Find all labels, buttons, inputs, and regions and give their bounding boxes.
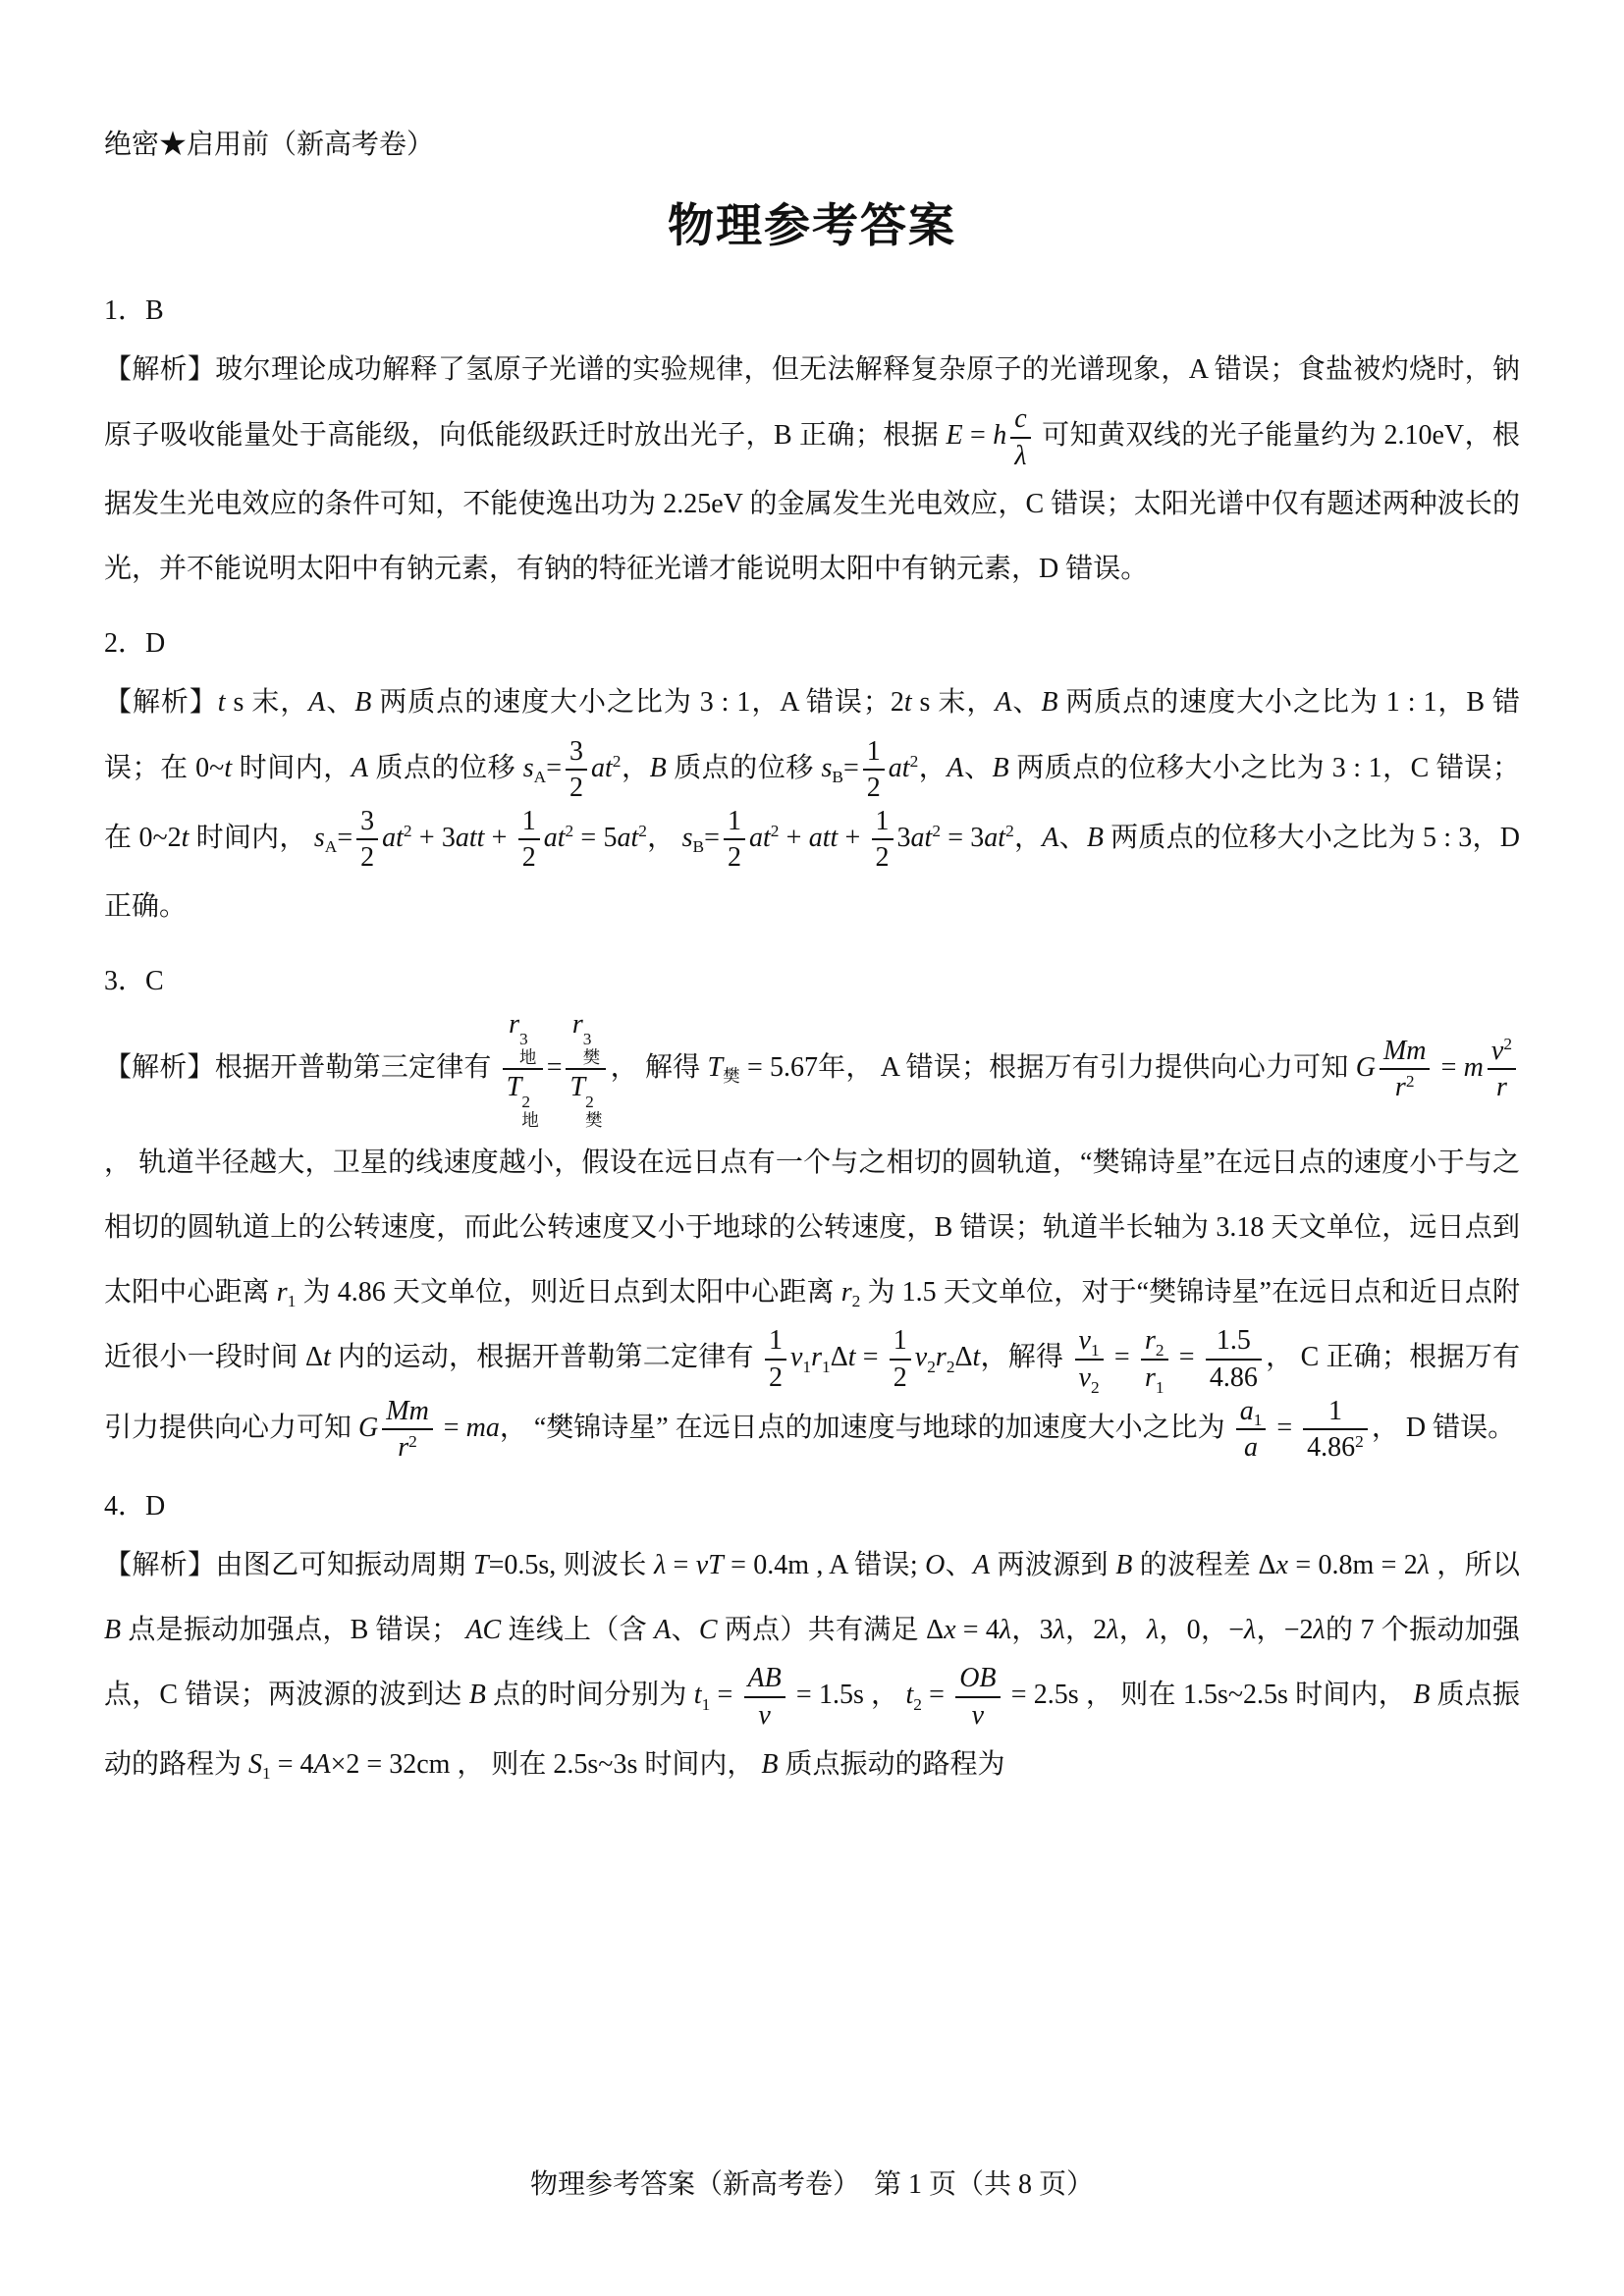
answer-item-2: 2．D 【解析】t s 末，A、B 两质点的速度大小之比为 3 : 1，A 错误… xyxy=(104,602,1520,939)
security-header: 绝密★启用前（新高考卷） xyxy=(104,126,1520,164)
exam-answer-page: 绝密★启用前（新高考卷） 物理参考答案 1．B 【解析】玻尔理论成功解释了氢原子… xyxy=(0,0,1624,2296)
answer-explanation-2: 【解析】t s 末，A、B 两质点的速度大小之比为 3 : 1，A 错误；2t … xyxy=(104,670,1520,939)
answer-number-3: 3．C xyxy=(104,959,1520,998)
answer-number-1: 1．B xyxy=(104,289,1520,328)
answer-item-4: 4．D 【解析】由图乙可知振动周期 T=0.5s, 则波长 λ = vT = 0… xyxy=(104,1465,1520,1797)
answer-number-4: 4．D xyxy=(104,1484,1520,1523)
page-title: 物理参考答案 xyxy=(104,189,1520,255)
answer-explanation-4: 【解析】由图乙可知振动周期 T=0.5s, 则波长 λ = vT = 0.4m … xyxy=(104,1533,1520,1797)
answer-number-2: 2．D xyxy=(104,621,1520,661)
answer-explanation-3: 【解析】根据开普勒第三定律有 r3地T2地=r3樊T2樊， 解得 T樊 = 5.… xyxy=(104,1008,1520,1465)
answer-item-1: 1．B 【解析】玻尔理论成功解释了氢原子光谱的实验规律，但无法解释复杂原子的光谱… xyxy=(104,269,1520,602)
page-footer: 物理参考答案（新高考卷） 第 1 页（共 8 页） xyxy=(104,2163,1520,2202)
answer-explanation-1: 【解析】玻尔理论成功解释了氢原子光谱的实验规律，但无法解释复杂原子的光谱现象，A… xyxy=(104,338,1520,602)
answer-item-3: 3．C 【解析】根据开普勒第三定律有 r3地T2地=r3樊T2樊， 解得 T樊 … xyxy=(104,939,1520,1465)
